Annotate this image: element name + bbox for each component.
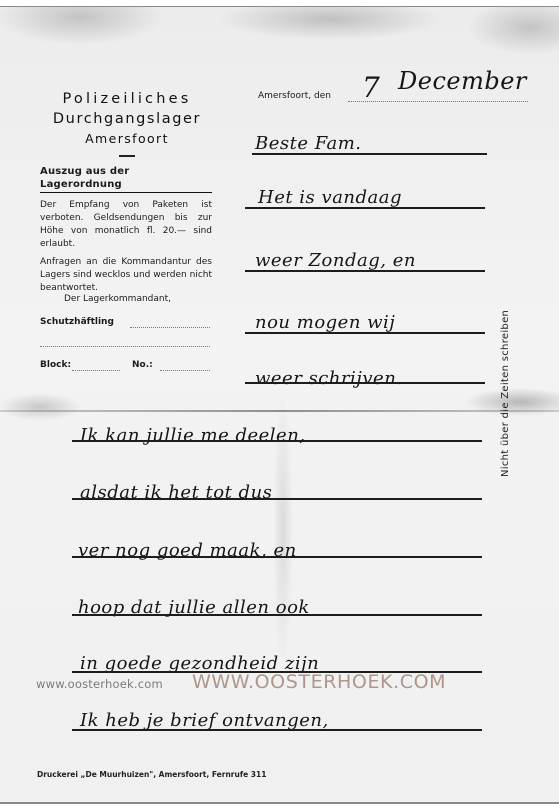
writing-line bbox=[245, 332, 485, 334]
number-field bbox=[160, 370, 210, 371]
handwritten-line: weer Zondag, en bbox=[255, 250, 416, 271]
org-line-1: Polizeiliches bbox=[38, 89, 216, 109]
block-field bbox=[72, 370, 120, 371]
writing-line bbox=[245, 207, 485, 209]
handwritten-line: Ik heb je brief ontvangen, bbox=[80, 710, 329, 731]
block-label: Block: bbox=[40, 360, 71, 370]
writing-line bbox=[245, 270, 485, 272]
prisoner-label: Schutzhäftling bbox=[40, 317, 114, 327]
printer-imprint: Druckerei „De Muurhuizen", Amersfoort, F… bbox=[37, 770, 266, 779]
camp-rules: Auszug aus der Lagerordnung Der Empfang … bbox=[40, 165, 212, 300]
fold-crease bbox=[0, 410, 559, 412]
writing-line bbox=[252, 153, 487, 155]
rules-paragraph-2: Anfragen an die Kommandantur des Lagers … bbox=[40, 256, 212, 295]
header-divider bbox=[119, 155, 135, 157]
org-line-3: Amersfoort bbox=[38, 129, 216, 149]
date-month: December bbox=[398, 67, 527, 95]
handwritten-line: Het is vandaag bbox=[258, 187, 402, 208]
handwritten-line: nou mogen wij bbox=[255, 312, 395, 333]
org-line-2: Durchgangslager bbox=[38, 109, 216, 129]
writing-line bbox=[72, 729, 482, 731]
handwritten-line: Ik kan jullie me deelen, bbox=[80, 425, 306, 446]
handwritten-line: weer schrijven. bbox=[255, 368, 403, 389]
watermark-small: www.oosterhoek.com bbox=[36, 677, 163, 691]
writing-line bbox=[72, 498, 482, 500]
number-label: No.: bbox=[132, 360, 153, 370]
margin-instruction: Nicht über die Zeiten schreiben bbox=[500, 310, 511, 477]
writing-line bbox=[72, 556, 482, 558]
handwritten-line: Beste Fam. bbox=[255, 133, 362, 154]
writing-line bbox=[245, 382, 485, 384]
rules-paragraph-1: Der Empfang von Paketen ist verboten. Ge… bbox=[40, 199, 212, 251]
rules-heading: Auszug aus der Lagerordnung bbox=[40, 165, 212, 193]
date-day: 7 bbox=[362, 71, 380, 104]
commandant-signature-label: Der Lagerkommandant, bbox=[64, 294, 171, 304]
watermark-large: WWW.OOSTERHOEK.COM bbox=[192, 671, 446, 693]
prisoner-name-field-2 bbox=[40, 346, 210, 347]
date-label: Amersfoort, den bbox=[258, 91, 331, 101]
prisoner-name-field bbox=[130, 327, 210, 328]
letter-sheet: Polizeiliches Durchgangslager Amersfoort… bbox=[0, 6, 559, 804]
camp-header: Polizeiliches Durchgangslager Amersfoort bbox=[38, 89, 216, 157]
writing-line bbox=[72, 440, 482, 442]
writing-line bbox=[72, 614, 482, 616]
